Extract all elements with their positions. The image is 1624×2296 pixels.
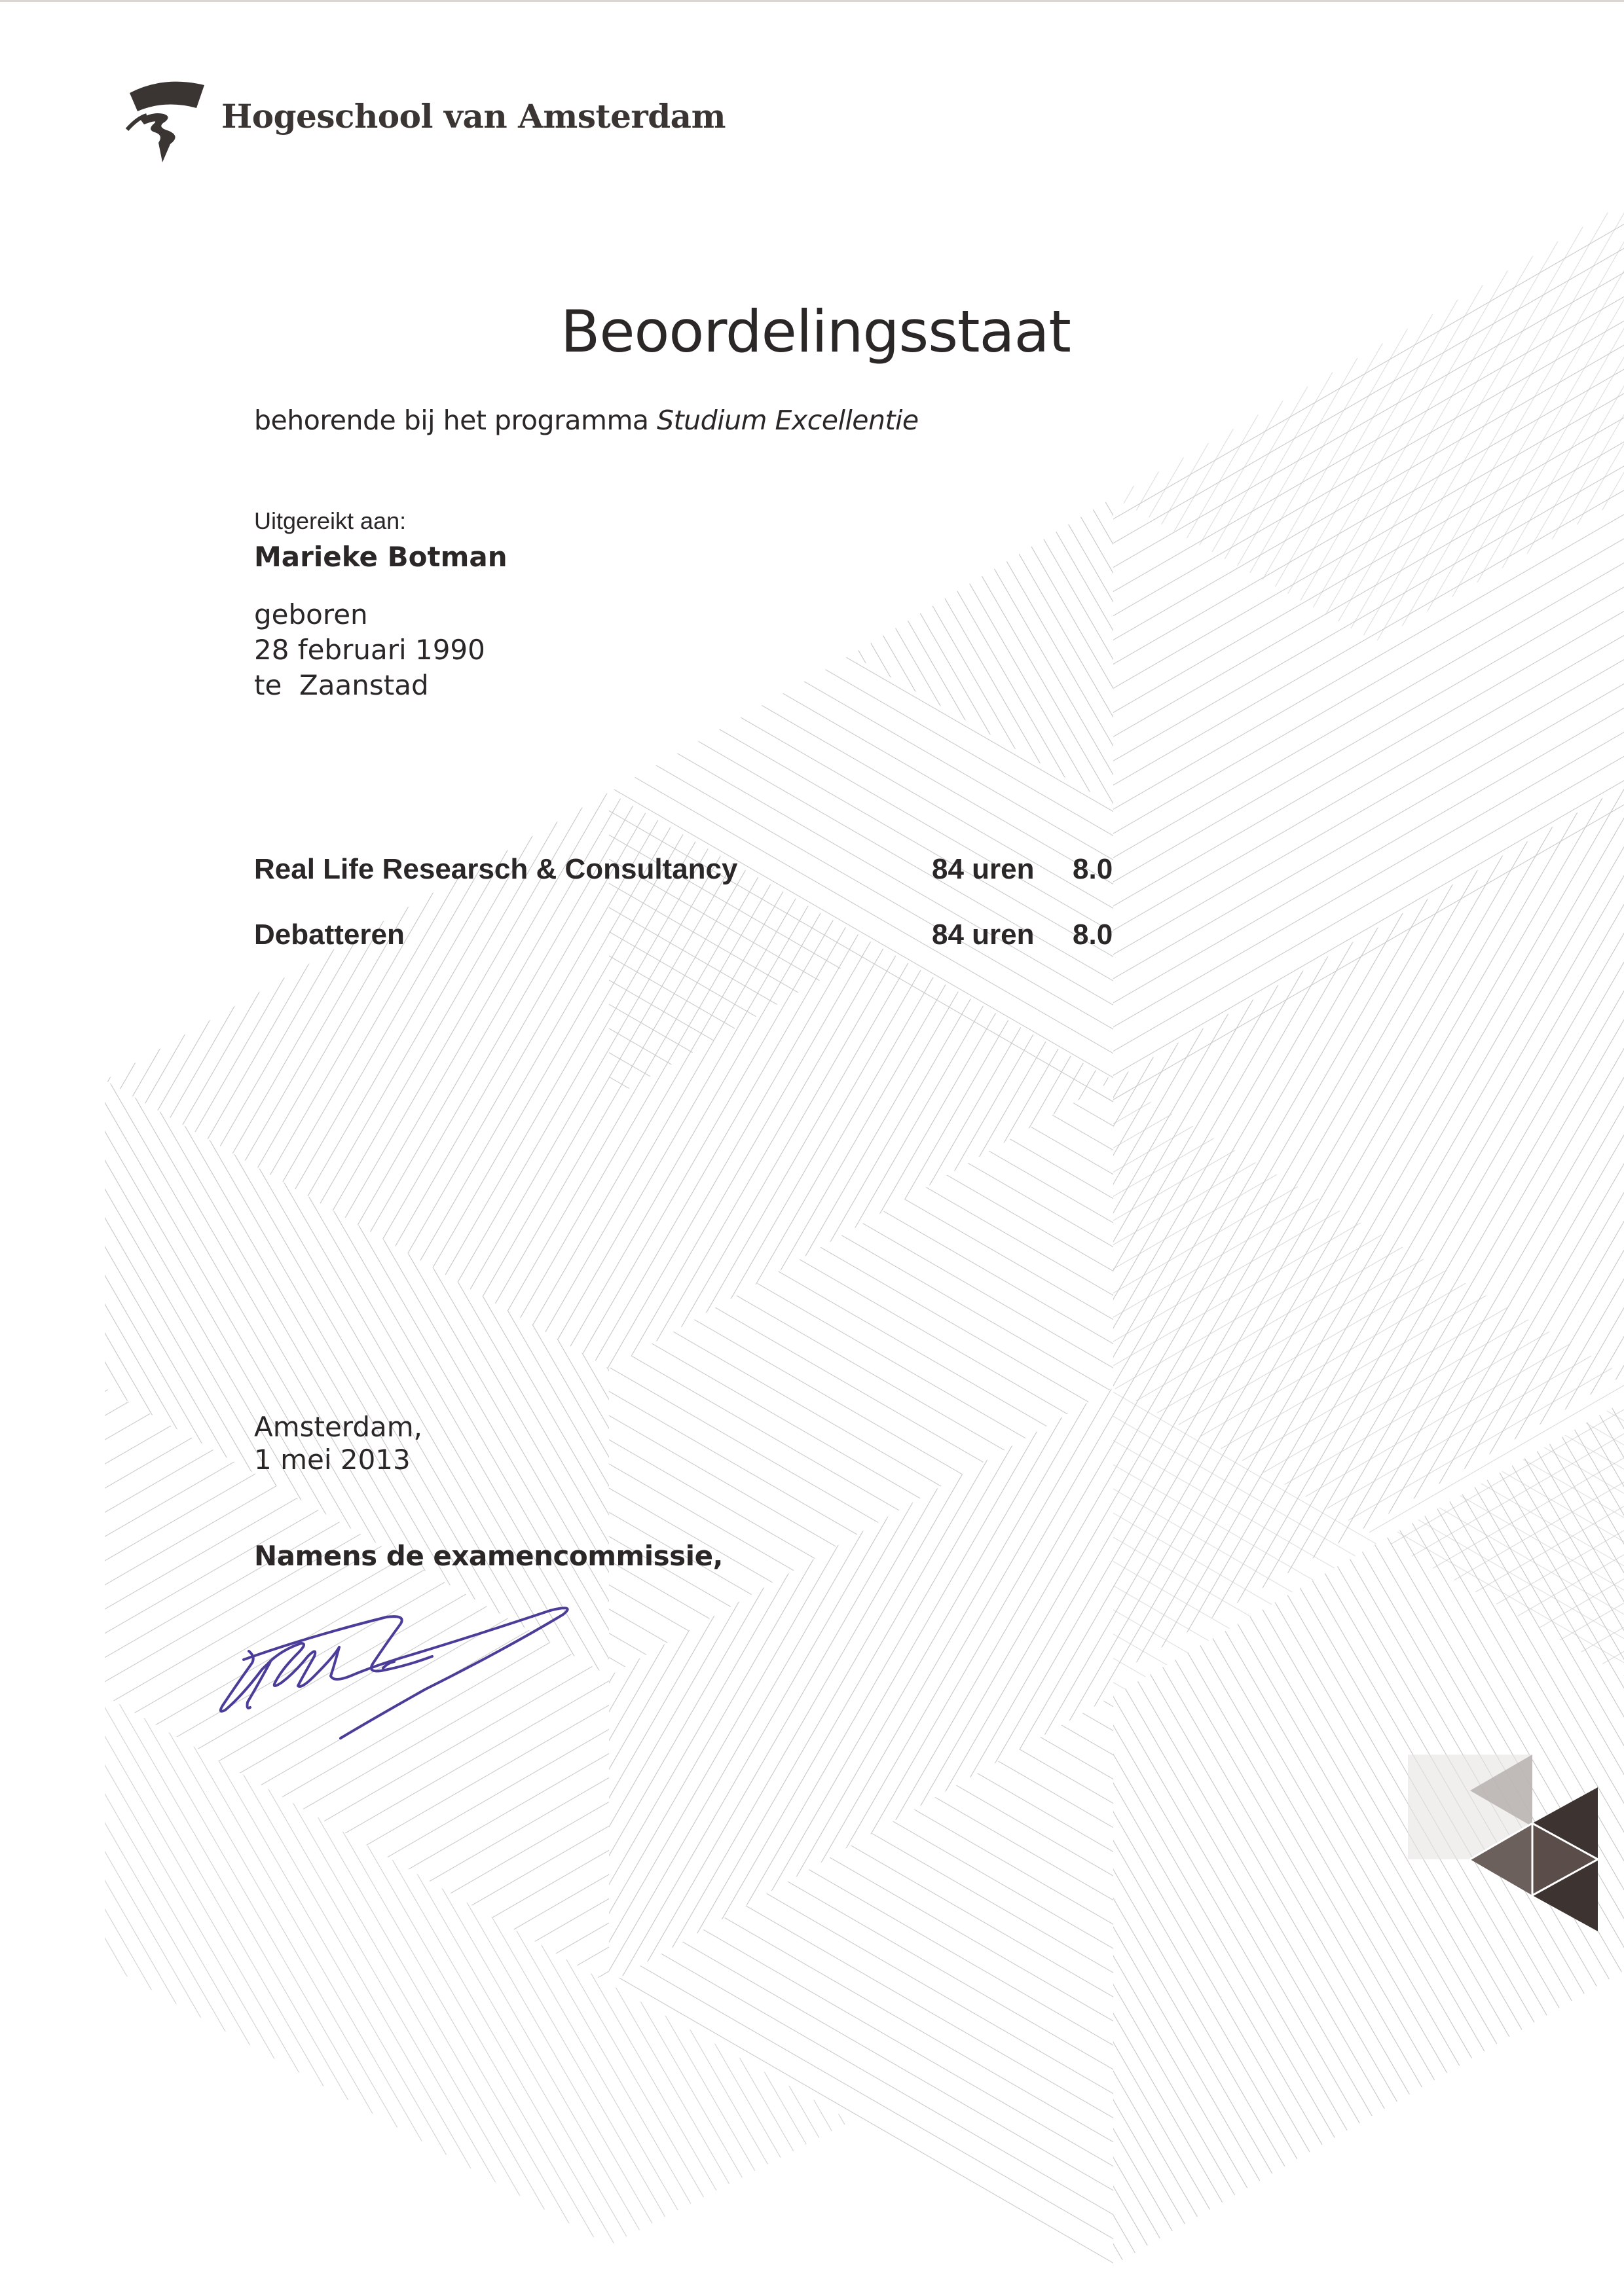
course-hours: 84 uren [932,853,1035,886]
institution-name: Hogeschool van Amsterdam [221,97,726,136]
issue-date: 1 mei 2013 [254,1444,422,1476]
birth-details: geboren 28 februari 1990 te Zaanstad [254,597,485,703]
corner-triangles-decoration [1408,1755,1624,1938]
course-name: Real Life Researsch & Consultancy [254,853,737,886]
birth-place: te Zaanstad [254,668,485,703]
hva-logo-icon [124,79,223,164]
place-and-date: Amsterdam, 1 mei 2013 [254,1411,422,1476]
course-grade: 8.0 [1073,919,1113,951]
subtitle-prefix: behorende bij het programma [254,405,649,436]
recipient-name: Marieke Botman [254,541,507,573]
document-title: Beoordelingsstaat [561,298,1071,365]
signature-icon [210,1558,733,1755]
scan-edge [0,0,1624,2]
document-subtitle: behorende bij het programma Studium Exce… [254,405,919,436]
born-label: geboren [254,597,485,632]
issue-place: Amsterdam, [254,1411,422,1444]
course-grade: 8.0 [1073,853,1113,886]
birth-date: 28 februari 1990 [254,632,485,668]
course-name: Debatteren [254,919,405,951]
course-hours: 84 uren [932,919,1035,951]
program-name: Studium Excellentie [657,405,919,436]
issued-to-label: Uitgereikt aan: [254,507,406,535]
